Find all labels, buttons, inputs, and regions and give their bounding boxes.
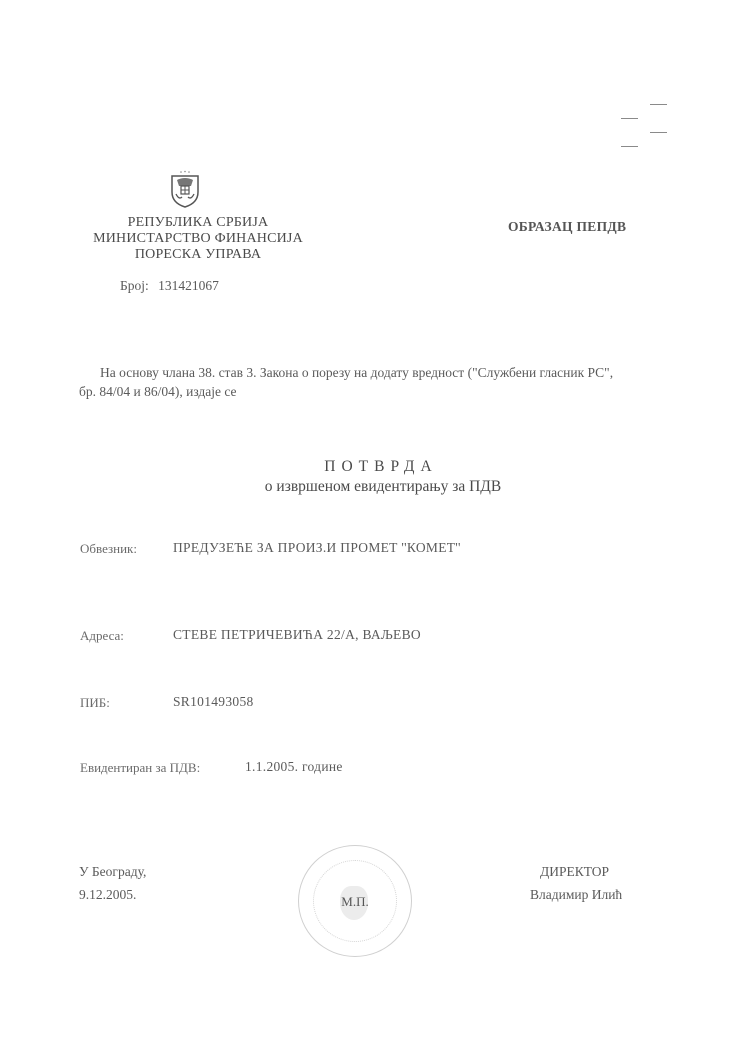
document-number-value: 131421067 [158, 278, 219, 293]
signatory-position: ДИРЕКТОР [540, 864, 609, 880]
registration-mark [621, 118, 638, 119]
serbian-coat-of-arms-icon [168, 170, 202, 208]
pib-label: ПИБ: [80, 695, 110, 711]
institution-line-administration: ПОРЕСКА УПРАВА [78, 247, 318, 263]
institution-line-ministry: МИНИСТАРСТВО ФИНАНСИЈА [78, 231, 318, 247]
intro-line-2: бр. 84/04 и 86/04), издаје се [79, 384, 237, 400]
official-stamp: М.П. [298, 845, 412, 957]
document-number-label: Број: [120, 278, 149, 293]
evidentiran-label: Евидентиран за ПДВ: [80, 760, 200, 776]
stamp-label: М.П. [299, 894, 411, 910]
adresa-value: СТЕВЕ ПЕТРИЧЕВИЋА 22/А, ВАЉЕВО [173, 627, 421, 643]
adresa-label: Адреса: [80, 628, 124, 644]
pib-value: SR101493058 [173, 694, 254, 710]
institution-block: РЕПУБЛИКА СРБИЈА МИНИСТАРСТВО ФИНАНСИЈА … [78, 215, 318, 263]
document-subtitle: о извршеном евидентирању за ПДВ [200, 478, 566, 496]
document-number: Број: 131421067 [120, 278, 219, 294]
registration-mark [621, 146, 638, 147]
evidentiran-value: 1.1.2005. године [245, 759, 343, 775]
signatory-name: Владимир Илић [530, 887, 622, 903]
obveznik-label: Обвезник: [80, 541, 137, 557]
place: У Београду, [79, 864, 146, 880]
institution-line-country: РЕПУБЛИКА СРБИЈА [78, 215, 318, 231]
registration-mark [650, 104, 667, 105]
document-title: ПОТВРДА [0, 458, 754, 476]
issue-date: 9.12.2005. [79, 887, 136, 903]
registration-mark [650, 132, 667, 133]
form-code: ОБРАЗАЦ ПЕПДВ [508, 219, 626, 235]
obveznik-value: ПРЕДУЗЕЋЕ ЗА ПРОИЗ.И ПРОМЕТ ''КОМЕТ'' [173, 540, 461, 556]
intro-line-1: На основу члана 38. став 3. Закона о пор… [100, 365, 613, 381]
